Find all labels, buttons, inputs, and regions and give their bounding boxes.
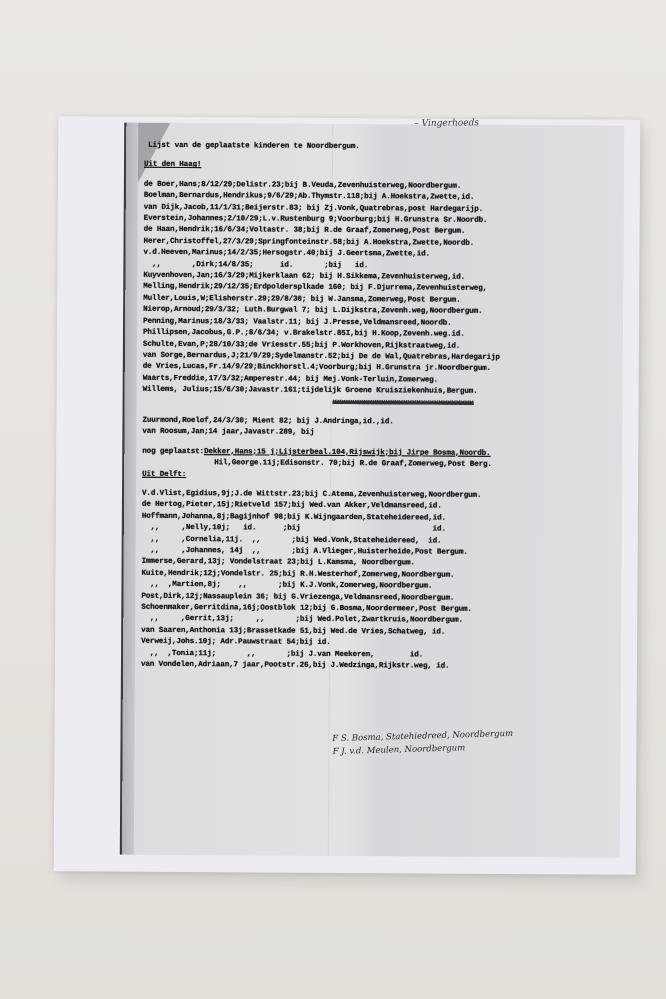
- list-item: Dekker,Hans;15 j;Lijsterbeal.104,Rijswij…: [204, 448, 491, 458]
- paper-sheet: – Vingerhoeds Lijst van de geplaatste ki…: [54, 116, 641, 875]
- handwritten-footer: F S. Bosma, Statehiedreed, Noordbergum F…: [332, 728, 514, 759]
- top-handwritten-note: – Vingerhoeds: [414, 118, 479, 129]
- photocopy-left-edge: [120, 123, 138, 855]
- list-item: van Vondelen,Adriaan,7 jaar,Pootstr.26,b…: [141, 660, 617, 674]
- typed-list: Lijst van de geplaatste kinderen te Noor…: [141, 141, 620, 674]
- photocopy-area: – Vingerhoeds Lijst van de geplaatste ki…: [120, 123, 624, 858]
- section-label: nog geplaatst:: [142, 447, 204, 455]
